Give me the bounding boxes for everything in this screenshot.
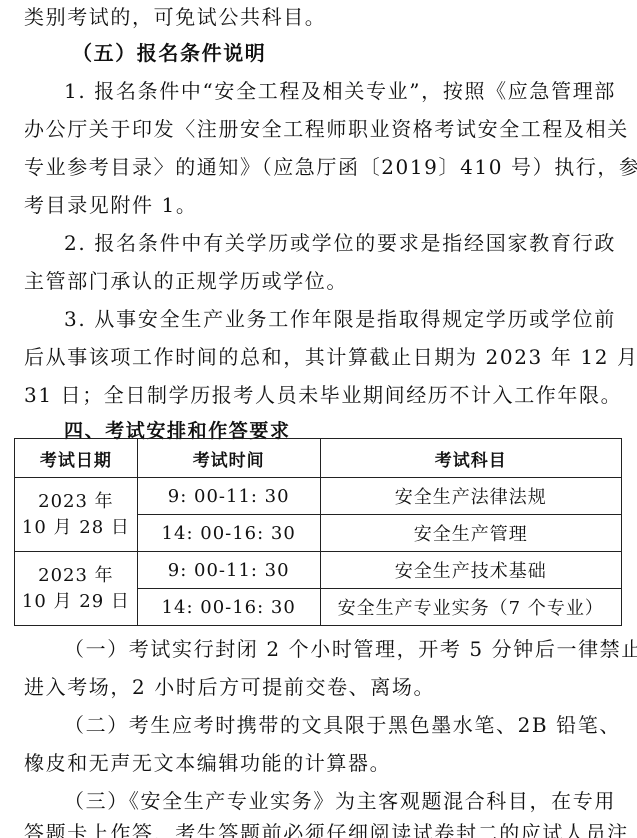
- paragraph-line: 专业参考目录〉的通知》（应急厅函〔2019〕410 号）执行，参: [24, 154, 616, 180]
- table-row: 2023 年 10 月 28 日 9: 00-11: 30 安全生产法律法规: [15, 478, 622, 515]
- date-day: 10 月 28 日: [15, 515, 137, 541]
- paragraph-line: 后从事该项工作时间的总和，其计算截止日期为 2023 年 12 月: [24, 344, 616, 370]
- header-exam-time: 考试时间: [137, 439, 320, 478]
- paragraph-line: 类别考试的，可免试公共科目。: [24, 4, 616, 30]
- exam-subject-cell: 安全生产专业实务（7 个专业）: [320, 589, 621, 626]
- paragraph-line: 橡皮和无声无文本编辑功能的计算器。: [24, 750, 616, 776]
- paragraph-line: 考目录见附件 1。: [24, 192, 616, 218]
- exam-subject-cell: 安全生产管理: [320, 515, 621, 552]
- paragraph-line: 3. 从事安全生产业务工作年限是指取得规定学历或学位前: [64, 306, 616, 332]
- paragraph-line: （一）考试实行封闭 2 个小时管理，开考 5 分钟后一律禁止: [64, 636, 616, 662]
- exam-date-cell: 2023 年 10 月 29 日: [15, 552, 138, 626]
- paragraph-line: 进入考场，2 小时后方可提前交卷、离场。: [24, 674, 616, 700]
- paragraph-line: 主管部门承认的正规学历或学位。: [24, 268, 616, 294]
- header-exam-date: 考试日期: [15, 439, 138, 478]
- date-year: 2023 年: [15, 489, 137, 515]
- table-row: 2023 年 10 月 29 日 9: 00-11: 30 安全生产技术基础: [15, 552, 622, 589]
- exam-date-cell: 2023 年 10 月 28 日: [15, 478, 138, 552]
- exam-subject-cell: 安全生产技术基础: [320, 552, 621, 589]
- paragraph-line: 办公厅关于印发〈注册安全工程师职业资格考试安全工程及相关: [24, 116, 616, 142]
- paragraph-line: 31 日；全日制学历报考人员未毕业期间经历不计入工作年限。: [24, 382, 616, 408]
- header-exam-subject: 考试科目: [320, 439, 621, 478]
- section-heading-5: （五）报名条件说明: [72, 40, 624, 66]
- exam-time-cell: 14: 00-16: 30: [137, 515, 320, 552]
- exam-subject-cell: 安全生产法律法规: [320, 478, 621, 515]
- paragraph-line: 答题卡上作答，考生答题前必须仔细阅读试卷封二的应试人员注: [24, 820, 616, 838]
- exam-time-cell: 9: 00-11: 30: [137, 478, 320, 515]
- paragraph-line: 1. 报名条件中“安全工程及相关专业”，按照《应急管理部: [64, 78, 616, 104]
- exam-schedule-table: 考试日期 考试时间 考试科目 2023 年 10 月 28 日 9: 00-11…: [14, 438, 622, 626]
- date-day: 10 月 29 日: [15, 589, 137, 615]
- exam-time-cell: 9: 00-11: 30: [137, 552, 320, 589]
- exam-time-cell: 14: 00-16: 30: [137, 589, 320, 626]
- paragraph-line: （三）《安全生产专业实务》为主客观题混合科目，在专用: [64, 788, 616, 814]
- paragraph-line: （二）考生应考时携带的文具限于黑色墨水笔、2B 铅笔、: [64, 712, 616, 738]
- table-header-row: 考试日期 考试时间 考试科目: [15, 439, 622, 478]
- paragraph-line: 2. 报名条件中有关学历或学位的要求是指经国家教育行政: [64, 230, 616, 256]
- date-year: 2023 年: [15, 563, 137, 589]
